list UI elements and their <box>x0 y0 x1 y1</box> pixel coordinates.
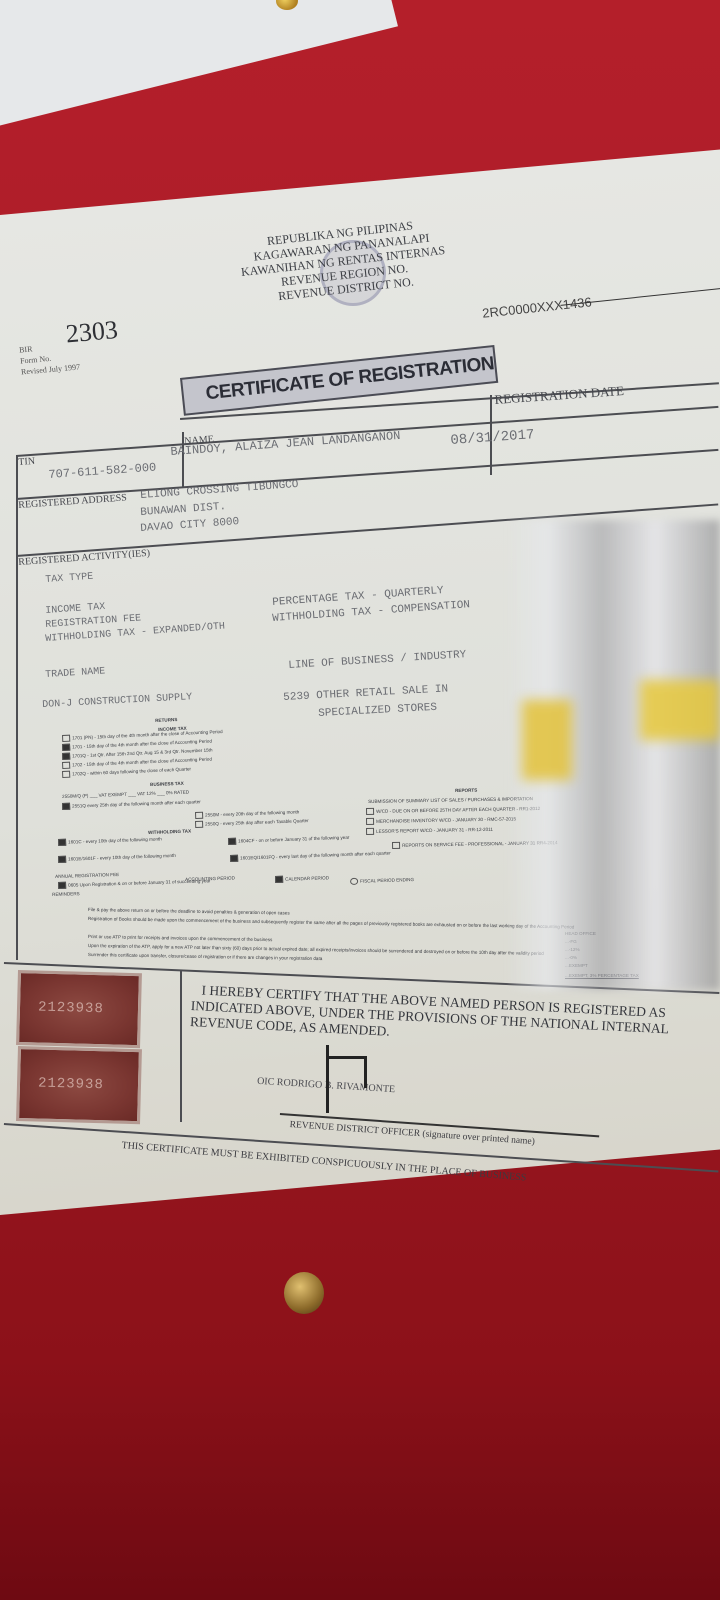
withholding-text: 1601EQ/1601FQ - every last day of the fo… <box>240 850 391 860</box>
trade-name-label: TRADE NAME <box>45 666 106 681</box>
tax-type-label: TAX TYPE <box>45 572 94 586</box>
tin-value: 707-611-582-000 <box>48 460 157 482</box>
form-number-block: BIR Form No. Revised July 1997 2303 <box>19 339 81 377</box>
business-tax-text: 2550Q - every 25th day after each Taxabl… <box>205 818 309 827</box>
trade-name: DON-J CONSTRUCTION SUPPLY <box>42 692 192 711</box>
checkbox <box>195 821 203 828</box>
control-number: 2RC0000XXX1436 <box>482 294 593 320</box>
radio <box>350 878 358 885</box>
taxpayer-name: BAINDOY, ALAIZA JEAN LANDANGANON <box>170 429 401 459</box>
fiscal-period-option: FISCAL PERIOD ENDING <box>350 876 414 886</box>
certification-statement: I HEREBY CERTIFY THAT THE ABOVE NAMED PE… <box>190 982 712 1055</box>
checked-checkbox <box>62 803 70 810</box>
checked-checkbox <box>230 855 238 862</box>
signature-stroke <box>326 1056 366 1059</box>
checkbox <box>62 762 70 769</box>
registered-address-label: REGISTERED ADDRESS <box>18 492 127 511</box>
documentary-stamp: 2123938 <box>16 970 142 1048</box>
withholding-text: 1604CF - on or before January 31 of the … <box>238 835 349 844</box>
checked-checkbox <box>62 753 70 760</box>
report-item: LESSOR'S REPORT W/CD - JANUARY 31 - RR-1… <box>366 826 493 836</box>
checkbox <box>366 818 374 825</box>
withholding-item: 1601EQ/1601FQ - every last day of the fo… <box>230 849 391 863</box>
address-line: ELIONG CROSSING TIBUNGCO <box>140 479 299 502</box>
checked-checkbox <box>228 838 236 845</box>
stamp-serial: 2123938 <box>38 1076 104 1094</box>
documentary-stamp: 2123938 <box>16 1046 142 1124</box>
checkbox <box>195 812 203 819</box>
certificate-title: CERTIFICATE OF REGISTRATION <box>182 347 495 407</box>
exhibit-notice: THIS CERTIFICATE MUST BE EXHIBITED CONSP… <box>121 1140 527 1184</box>
checked-checkbox <box>58 882 66 889</box>
address-line: DAVAO CITY 8000 <box>140 516 240 535</box>
signer-prefix: OIC <box>257 1076 275 1088</box>
certificate-document: REPUBLIKA NG PILIPINAS KAGAWARAN NG PANA… <box>0 0 720 1600</box>
checked-checkbox <box>58 856 66 863</box>
checkbox <box>366 808 374 815</box>
checkbox <box>366 828 374 835</box>
left-border <box>16 455 18 960</box>
report-item: MERCHANDISE INVENTORY W/CD - JANUARY 30 … <box>366 815 516 826</box>
checked-checkbox <box>58 839 66 846</box>
checkbox <box>62 771 70 778</box>
yellow-reflection <box>522 700 572 780</box>
tax-type: INCOME TAX <box>45 602 106 617</box>
registration-date-label: REGISTRATION DATE <box>494 383 624 408</box>
agency-header: REPUBLIKA NG PILIPINAS KAGAWARAN NG PANA… <box>225 214 461 308</box>
business-tax-text: 2551Q every 25th day of the following mo… <box>72 799 201 808</box>
withholding-item: 1601C - every 10th day of the following … <box>58 835 162 847</box>
reminder: Registration of Books should be made upo… <box>88 915 575 931</box>
business-tax-text: 2550M - every 20th day of the following … <box>205 809 299 817</box>
certificate-title-box: CERTIFICATE OF REGISTRATION <box>180 345 498 416</box>
reminders-label: REMINDERS <box>52 890 80 899</box>
stamp-serial: 2123938 <box>38 1000 104 1018</box>
checked-checkbox <box>62 744 70 751</box>
divider <box>180 970 182 1122</box>
signer-name: RODRIGO B. RIVAMONTE <box>276 1077 395 1095</box>
withholding-text: 1601E/1601F - every 10th day of the foll… <box>68 853 176 862</box>
address-line: BUNAWAN DIST. <box>140 501 226 519</box>
withholding-text: 1601C - every 10th day of the following … <box>68 836 162 844</box>
calendar-period-option: CALENDAR PERIOD <box>275 874 329 884</box>
returns-label: RETURNS <box>155 716 178 725</box>
line-of-business: SPECIALIZED STORES <box>318 702 437 720</box>
signature-stroke <box>364 1056 367 1088</box>
report-text: LESSOR'S REPORT W/CD - JANUARY 31 - RR-1… <box>376 827 493 834</box>
registration-date: 08/31/2017 <box>450 427 535 449</box>
checkbox <box>392 842 400 849</box>
line-of-business: 5239 OTHER RETAIL SALE IN <box>283 683 448 704</box>
withholding-item: 1601E/1601F - every 10th day of the foll… <box>58 852 176 864</box>
withholding-item: 1604CF - on or before January 31 of the … <box>228 834 350 846</box>
fiscal-period-text: FISCAL PERIOD ENDING <box>360 877 414 884</box>
reports-label: REPORTS <box>455 787 477 795</box>
report-text: MERCHANDISE INVENTORY W/CD - JANUARY 30 … <box>376 816 516 823</box>
business-tax-label: BUSINESS TAX <box>150 780 184 789</box>
form-no: 2303 <box>65 324 118 339</box>
line-of-business-label: LINE OF BUSINESS / INDUSTRY <box>288 649 467 672</box>
tin-label: TIN <box>18 456 35 468</box>
bottom-brass-pin <box>284 1272 324 1314</box>
checkbox <box>62 735 70 742</box>
checked-checkbox <box>275 876 283 883</box>
calendar-period-text: CALENDAR PERIOD <box>285 875 329 881</box>
yellow-reflection <box>640 680 720 740</box>
